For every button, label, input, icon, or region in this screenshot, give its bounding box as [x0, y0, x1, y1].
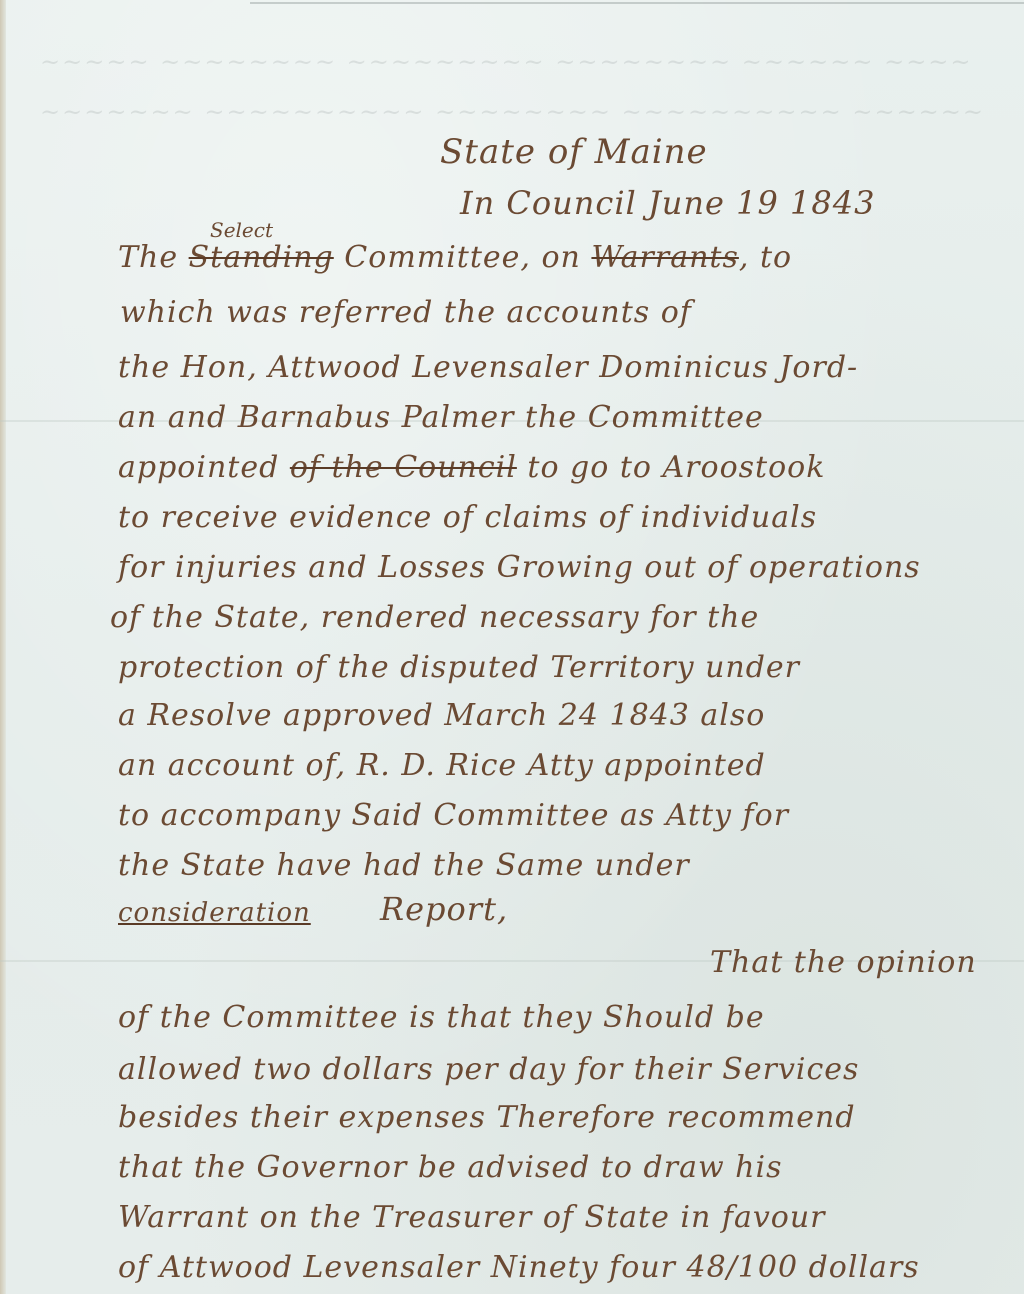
body-line-10: a Resolve approved March 24 1843 also: [118, 698, 765, 733]
heading-state: State of Maine: [440, 132, 708, 172]
body-line-8: of the State, rendered necessary for the: [110, 600, 759, 635]
text: Committee, on: [334, 240, 592, 275]
text: The: [118, 240, 189, 275]
struck-text: of the Council: [290, 450, 517, 485]
body-line-18: besides their expenses Therefore recomme…: [118, 1100, 856, 1135]
bleed-through-text: ~~~~~ ~~~~~~~~ ~~~~~~~~~ ~~~~~~~~ ~~~~~~…: [40, 48, 973, 76]
body-line-17: allowed two dollars per day for their Se…: [118, 1052, 859, 1087]
body-line-20: Warrant on the Treasurer of State in fav…: [118, 1200, 826, 1235]
bleed-through-text: ~~~~~~~ ~~~~~~~~~~ ~~~~~~~~ ~~~~~~~~~~ ~…: [40, 98, 985, 126]
paper-crease: [250, 2, 1024, 4]
report-heading: Report,: [380, 890, 508, 928]
document-page: ~~~~~ ~~~~~~~~ ~~~~~~~~~ ~~~~~~~~ ~~~~~~…: [0, 0, 1024, 1294]
body-line-11: an account of, R. D. Rice Atty appointed: [118, 748, 766, 783]
body-line-15: That the opinion: [710, 945, 977, 980]
body-line-21: of Attwood Levensaler Ninety four 48/100…: [118, 1250, 920, 1285]
body-line-6: to receive evidence of claims of individ…: [118, 500, 817, 535]
body-line-1: The Standing Committee, on Warrants, to: [118, 240, 792, 275]
body-line-19: that the Governor be advised to draw his: [118, 1150, 782, 1185]
struck-text: Standing: [189, 240, 334, 275]
body-line-16: of the Committee is that they Should be: [118, 1000, 765, 1035]
body-line-12: to accompany Said Committee as Atty for: [118, 798, 789, 833]
body-line-5: appointed of the Council to go to Aroost…: [118, 450, 825, 485]
body-line-4: an and Barnabus Palmer the Committee: [118, 400, 764, 435]
body-line-7: for injuries and Losses Growing out of o…: [118, 550, 921, 585]
struck-text: Warrants: [591, 240, 738, 275]
text: appointed: [118, 450, 290, 485]
body-line-2: which was referred the accounts of: [120, 295, 692, 330]
text: to go to Aroostook: [517, 450, 826, 485]
heading-dateline: In Council June 19 1843: [460, 184, 875, 222]
body-line-9: protection of the disputed Territory und…: [118, 650, 800, 685]
body-line-14: consideration: [118, 898, 311, 928]
body-line-3: the Hon, Attwood Levensaler Dominicus Jo…: [118, 350, 858, 385]
paper-edge: [0, 0, 6, 1294]
insertion-select: Select: [210, 218, 273, 242]
text: , to: [739, 240, 792, 275]
body-line-13: the State have had the Same under: [118, 848, 690, 883]
